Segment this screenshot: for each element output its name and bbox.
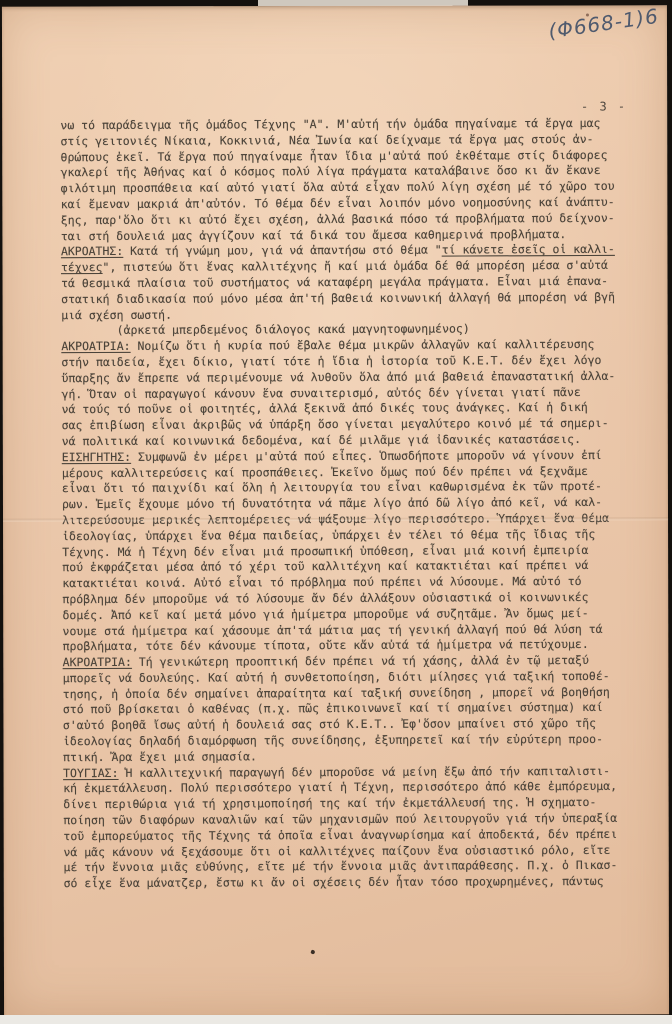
- handwritten-annotation: (Φ668-1)6: [547, 4, 660, 43]
- text-line: ἰδεολογίας, ὑπάρχει ἕνα θέμα παιδείας, ὑ…: [62, 526, 647, 544]
- text-line: στίς γειτονιές Νίκαια, Κοκκινιά, Νέα Ἰων…: [60, 132, 645, 150]
- text-line: ΕΙΣΗΓΗΤΗΣ: Συμφωνῶ ἐν μέρει μ'αὐτά πού ε…: [62, 447, 647, 465]
- underlined-text: ΕΙΣΗΓΗΤΗΣ:: [62, 450, 131, 464]
- underlined-text: ΤΟΥΓΙΑΣ:: [63, 766, 118, 780]
- text-line: δομές. Ἀπό κεῖ καί μετά μόνο γιά ἡμίμετρ…: [62, 605, 647, 623]
- underlined-text: ΑΚΡΟΑΤΗΣ:: [61, 244, 123, 258]
- text-line: ὕπαρξης ἄν ἔπρεπε νά περιμένουμε νά λυθο…: [61, 368, 646, 386]
- scanner-bottom-edge: [0, 1015, 672, 1024]
- page-number: - 3 -: [581, 99, 627, 113]
- text-line: στατική διαδικασία πού μόνο μέσα ἀπ'τή β…: [61, 290, 646, 308]
- text-line: ξης, παρ'ὅλο ὅτι κι αὐτό ἔχει σχέση, ἀλλ…: [61, 211, 646, 229]
- typewritten-text: νω τό παράδειγμα τῆς ὁμάδος Τέχνης "Α". …: [60, 116, 648, 892]
- underlined-text: τέχνες: [61, 260, 103, 274]
- text-line: ἰδεολογίας δηλαδή διαμόρφωση τῆς συνείδη…: [63, 732, 648, 750]
- text-line: σό εἶχε ἕνα μάνατζερ, ἔστω κι ἄν οἱ σχέσ…: [64, 874, 649, 892]
- ink-speck: [310, 949, 315, 954]
- underlined-text: ΑΚΡΟΑΤΡΙΑ:: [63, 655, 132, 669]
- underlined-text: ΑΚΡΟΑΤΡΙΑ:: [61, 339, 130, 353]
- underlined-text: τί κάνετε ἐσεῖς οἱ καλλι-: [442, 242, 615, 257]
- paper-sheet: (Φ668-1)6 - 3 - νω τό παράδειγμα τῆς ὁμά…: [2, 5, 669, 1015]
- scanned-page: (Φ668-1)6 - 3 - νω τό παράδειγμα τῆς ὁμά…: [0, 0, 672, 1024]
- ink-speck-small: [586, 13, 589, 16]
